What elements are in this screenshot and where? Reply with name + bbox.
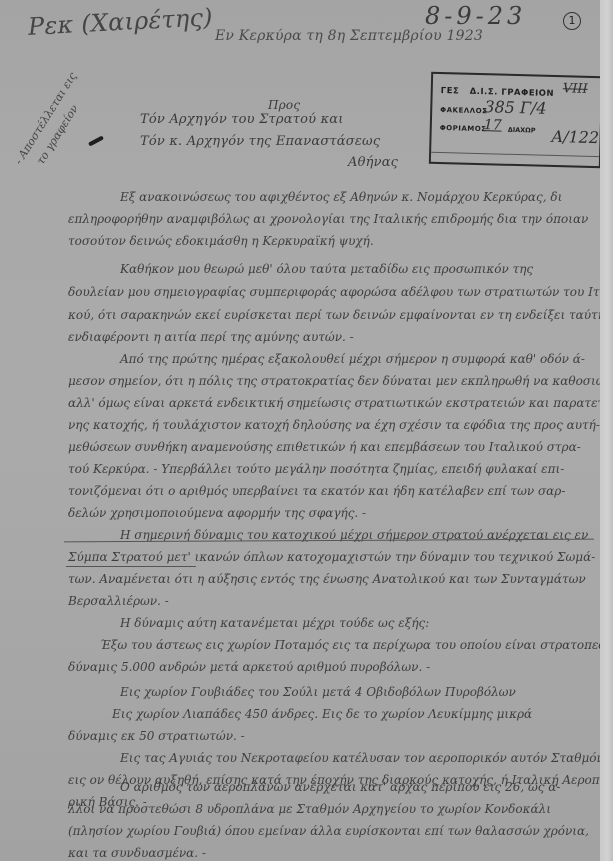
stamp-org: ΓΕΣ (441, 86, 460, 96)
body-line: Από της πρώτης ημέρας εξακολουθεί μέχρι … (120, 352, 585, 366)
body-line: και τα συνδυασμένα. - (68, 846, 206, 860)
archive-stamp: ΓΕΣ Δ.Ι.Σ. ΓΡΑΦΕΙΟΝ VIII ΦΑΚΕΛΛΟΣ 385 Γ/… (429, 72, 603, 168)
addressee-line2: Τόν κ. Αρχηγόν της Επαναστάσεως (140, 134, 380, 149)
body-line: μεθώσεων συνθήκη αναμενούσης επιθετικών … (68, 440, 581, 454)
document-page: Ρεκ (Χαιρέτης) Εν Κερκύρα τη 8η Σεπτεμβρ… (0, 0, 600, 861)
body-line: κού, ότι σαρακηνών εκεί ευρίσκεται περί … (68, 308, 605, 322)
ink-dash-mark (88, 135, 104, 146)
body-line: νης κατοχής, ή τουλάχιστον κατοχή δηλούσ… (68, 418, 600, 432)
stamp-office-value: VIII (563, 81, 588, 97)
body-line: (πλησίον χωρίου Γουβιά) όπου εμείναν άλλ… (68, 824, 589, 838)
underline-rule (66, 566, 196, 567)
body-line: τοσούτον δεινώς εδοκιμάσθη η Κερκυραϊκή … (68, 234, 374, 248)
place-and-date: Εν Κερκύρα τη 8η Σεπτεμβρίου 1923 (215, 28, 483, 44)
stamp-subdivision-value: Α/122 (551, 127, 599, 147)
body-line: δελών χρησιμοποιούμενα αφορμήν της σφαγή… (68, 506, 366, 520)
body-line: επληροφορήθην αναμφιβόλως αι χρονολογίαι… (68, 212, 588, 226)
body-line: δύναμις εκ 50 στρατιωτών. - (68, 729, 245, 743)
body-line: Εις χωρίον Λιαπάδες 450 άνδρες. Εις δε τ… (112, 707, 532, 721)
date-numeric: 8-9-23 (425, 2, 526, 30)
body-line: Εις χωρίον Γουβιάδες του Σούλι μετά 4 Οβ… (120, 685, 516, 699)
body-line: Καθήκον μου θεωρώ μεθ' όλου ταύτα μεταδί… (120, 262, 533, 276)
body-line: Έξω του άστεως εις χωρίον Ποταμός εις τα… (100, 638, 613, 652)
stamp-folder-value: 385 Γ/4 (484, 97, 547, 118)
body-line: δύναμις 5.000 ανδρών μετά αρκετού αριθμο… (68, 660, 430, 674)
body-line: τονιζόμεναι ότι ο αριθμός υπερβαίνει τα … (68, 484, 565, 498)
addressee-prefix: Προς (268, 98, 300, 112)
signature-top-left: Ρεκ (Χαιρέτης) (27, 3, 213, 41)
stamp-volume-label: ΦΟΡΙΑΜΟΣ (440, 124, 487, 133)
addressee-line1: Τόν Αρχηγόν του Στρατού και (140, 112, 344, 127)
page-number-badge: 1 (563, 12, 581, 30)
body-line: μεσον σημείον, ότι η πόλις της στρατοκρα… (68, 374, 613, 388)
stamp-rule (431, 152, 599, 157)
body-line: ενδιαφέροντι η αιτία περί της αμύνης αυτ… (68, 330, 354, 344)
body-line: Εξ ανακοινώσεως του αφιχθέντος εξ Αθηνών… (120, 190, 562, 204)
scan-edge-strip (600, 0, 613, 861)
body-line: Η δύναμις αύτη κατανέμεται μέχρι τούδε ω… (120, 616, 429, 630)
body-line: δουλείαν μου σημειογραφίας συμπεριφοράς … (68, 285, 613, 299)
body-line: λλοι να προστεθώσι 8 υδροπλάνα με Σταθμό… (68, 802, 551, 816)
body-line: των. Αναμένεται ότι η αύξησις εντός της … (68, 572, 586, 586)
body-line: τού Κερκύρα. - Υπερβάλλει τούτο μεγάλην … (68, 462, 564, 476)
body-line: Σύμπα Στρατού μετ' ικανών όπλων κατοχομα… (68, 550, 595, 564)
addressee-line3: Αθήνας (348, 155, 398, 170)
body-line: Βερσαλλιέρων. - (68, 594, 169, 608)
stamp-volume-value: 17 (484, 117, 502, 133)
stamp-folder-label: ΦΑΚΕΛΛΟΣ (440, 106, 487, 115)
body-line: Εις τας Αγυιάς του Νεκροταφείου κατέλυσα… (120, 751, 608, 765)
body-line: Ο αριθμός των αεροπλάνων ανέρχεται κατ' … (120, 780, 560, 794)
stamp-subdivision-label: ΔΙΑΧΩΡ (508, 126, 536, 135)
body-line: αλλ' όμως είναι αρκετά ενδεικτική σημείω… (68, 396, 613, 410)
